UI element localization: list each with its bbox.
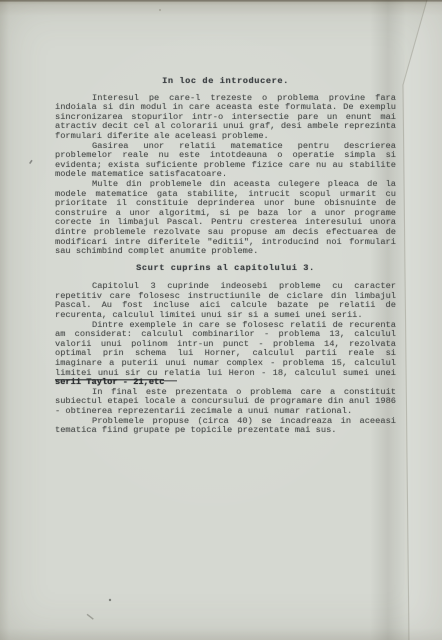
intro-paragraph-2: Gasirea unor relatii matematice pentru d… [55,142,396,180]
intro-title: In loc de introducere. [55,77,396,87]
chapter3-summary-title: Scurt cuprins al capitolului 3. [55,264,396,274]
examples-text: Dintre exemplele in care se folosesc rel… [55,320,396,378]
intro-paragraph-1: Interesul pe care-l trezeste o problema … [55,94,396,142]
chapter3-overview-paragraph: Capitolul 3 cuprinde indeosebi probleme … [55,282,396,320]
text-column: In loc de introducere. Interesul pe care… [55,77,396,436]
paper-speck [159,9,161,11]
overstrike-tail-mark [164,378,177,387]
paper-scratch [87,614,94,620]
chapter3-proposed-paragraph: Problemele propuse (circa 40) se incadre… [55,417,396,436]
page-fold-highlight [403,0,442,640]
margin-tick-mark [29,160,33,164]
intro-paragraph-3: Multe din problemele din aceasta culeger… [55,180,396,257]
overstruck-text: serii Taylor - 21,etc [55,377,164,387]
chapter3-examples-paragraph: Dintre exemplele in care se folosesc rel… [55,321,396,388]
scan-top-edge [0,0,442,2]
chapter3-contest-paragraph: In final este prezentata o problema care… [55,388,396,417]
scanned-document-page: In loc de introducere. Interesul pe care… [0,0,442,640]
page-crease-line [403,0,427,640]
paper-speck [109,599,111,601]
